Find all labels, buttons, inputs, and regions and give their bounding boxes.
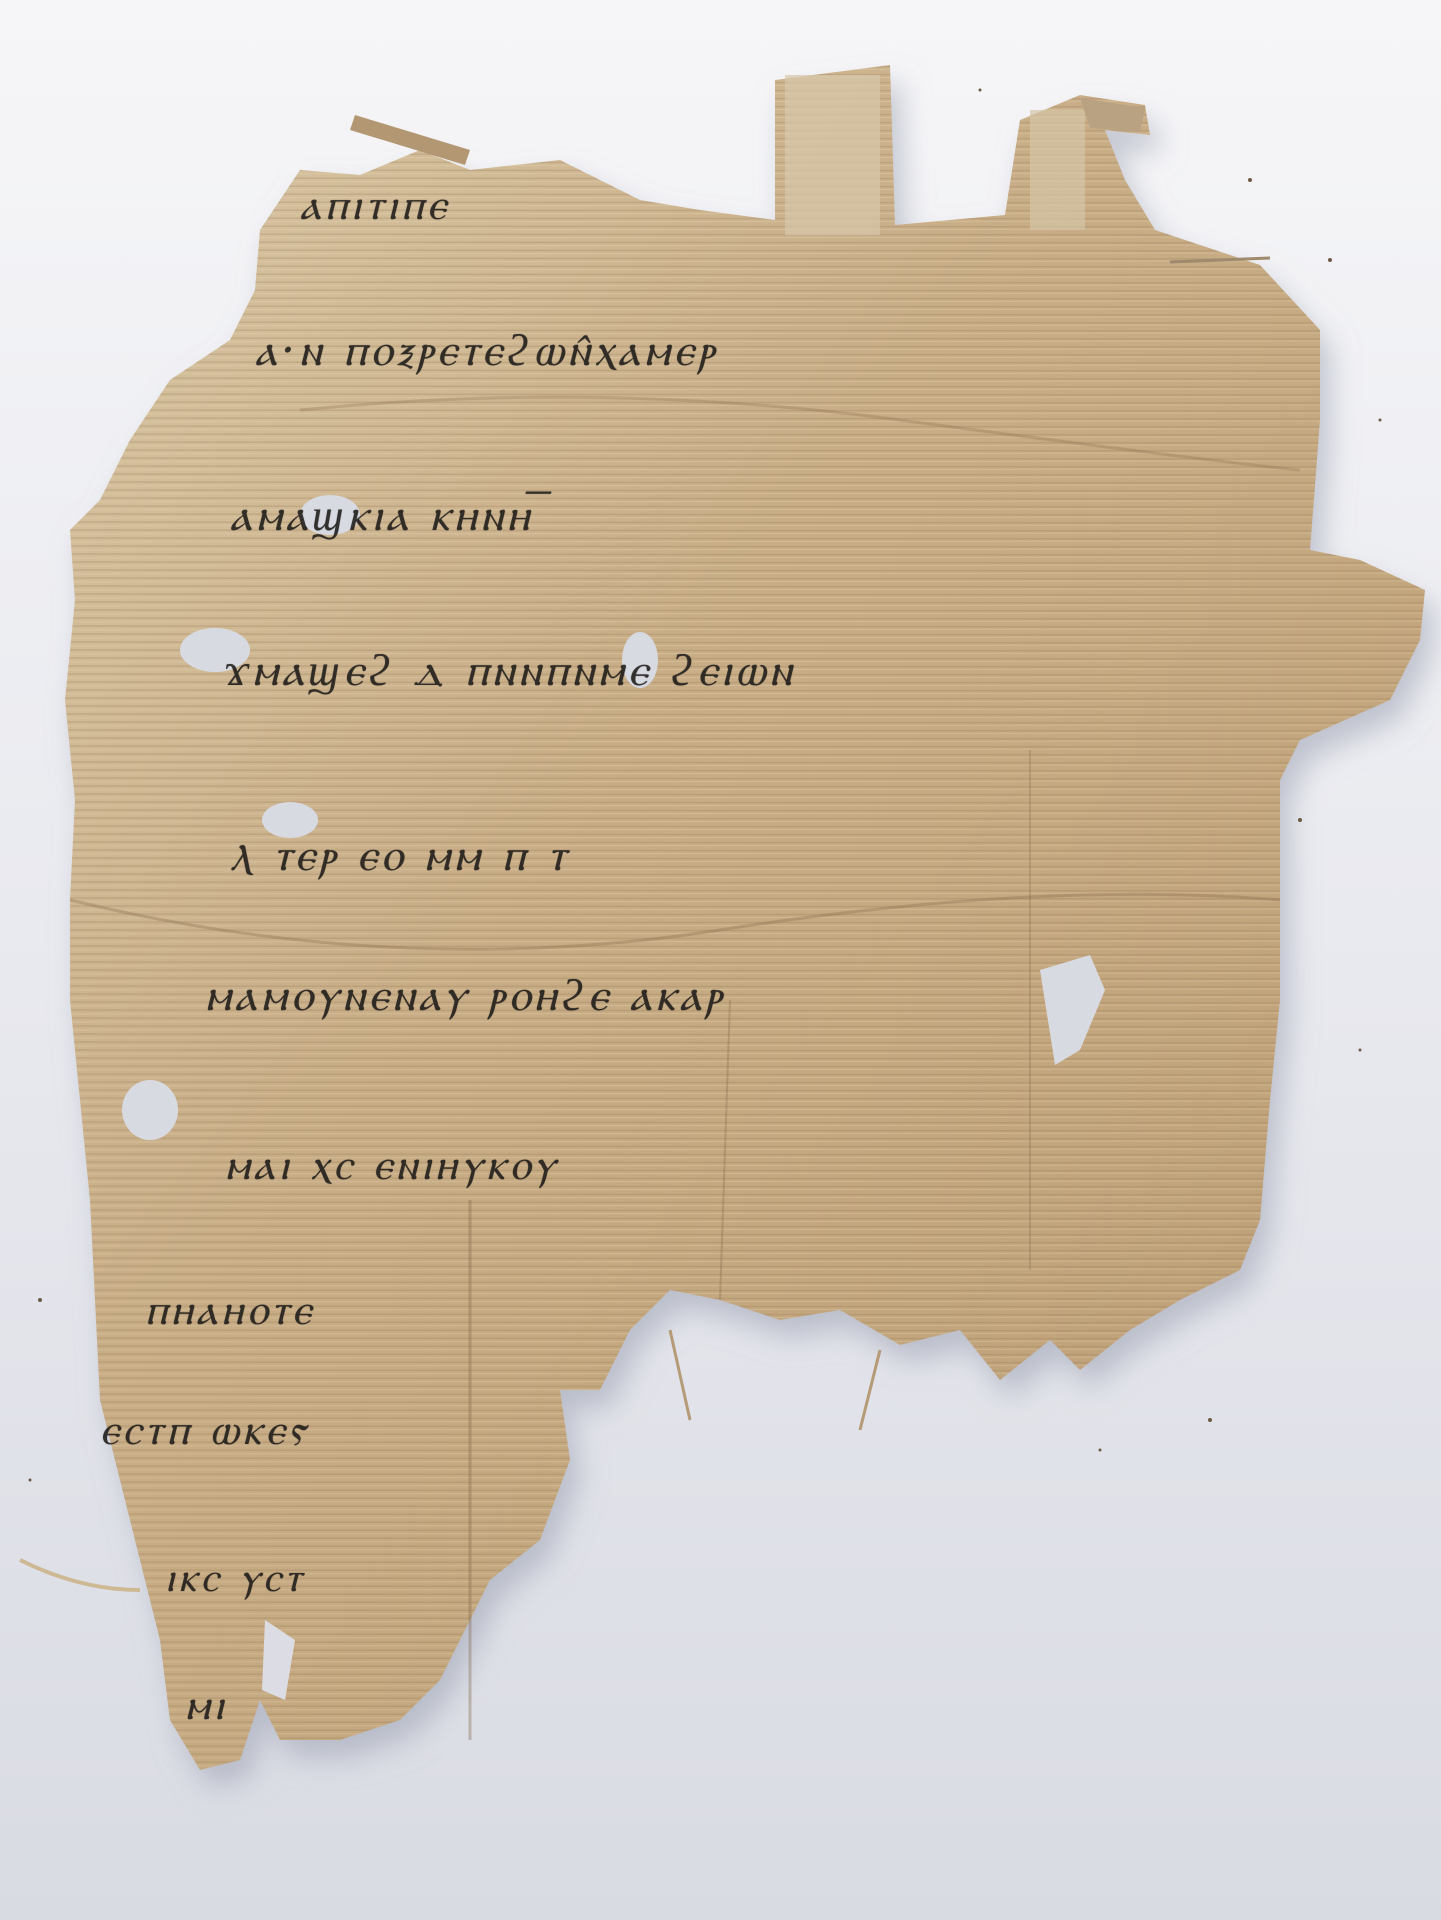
text-line-2: ⲁ·ⲛ ⲡⲟⲝⲣⲉⲧⲉϩⲱⲛ̂ⲭⲁⲙⲉⲣ (255, 325, 718, 376)
text-line-3: ⲁⲙⲁϣⲕⲓⲁ ⲕⲏⲛⲏ͞͞ (230, 490, 533, 541)
text-line-11: ⲙⲓ (185, 1680, 228, 1730)
papyrus-fragment (0, 0, 1441, 1920)
papyrus-photograph: ⲁⲡⲓⲧⲓⲡⲉ ⲁ·ⲛ ⲡⲟⲝⲣⲉⲧⲉϩⲱⲛ̂ⲭⲁⲙⲉⲣ ⲁⲙⲁϣⲕⲓⲁ ⲕⲏⲛ… (0, 0, 1441, 1920)
text-line-1: ⲁⲡⲓⲧⲓⲡⲉ (300, 180, 450, 230)
text-line-4: ϫⲙⲁϣⲉϩ ⲇ ⲡⲛⲛⲡⲛⲙⲉ ϩⲉⲓⲱⲛ (225, 645, 796, 696)
text-line-5: ⲗ ⲧⲉⲣ ⲉⲟ ⲙⲙ ⲡ ⲧ (230, 830, 570, 881)
text-line-6: ⲙⲁⲙⲟⲩⲛⲉⲛⲁⲩ ⲣⲟⲏϩⲉ ⲁⲕⲁⲣ (205, 970, 725, 1021)
text-line-10: ⲓⲕⲥ ⲩⲥⲧ (165, 1555, 305, 1601)
text-line-9: ⲉⲥⲧⲡ ⲱⲕⲉⲋ (100, 1405, 309, 1455)
text-line-8: ⲡⲏⲁⲏⲟⲧⲉ (145, 1285, 315, 1335)
text-line-7: ⲙⲁⲓ ⲭⲥ ⲉⲛⲓⲏⲩⲕⲟⲩ (225, 1140, 559, 1190)
